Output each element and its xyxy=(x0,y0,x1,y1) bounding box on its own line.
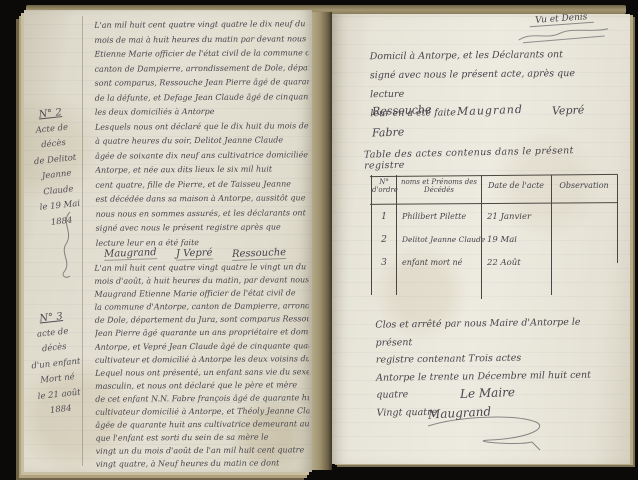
header-line: N° xyxy=(372,178,396,186)
text-line: vingt quatre, à Neuf heures du matin ce … xyxy=(96,457,310,472)
table-row-date: 19 Mai xyxy=(487,235,549,245)
signature: Ressouche xyxy=(231,247,286,261)
table-header-date: Date de l'acte xyxy=(483,181,549,190)
text-line: Lequel nous ont présenté, un enfant sans… xyxy=(95,365,309,380)
table-row-name: enfant mort né xyxy=(402,258,480,267)
table-column-divider xyxy=(551,175,552,295)
header-line: noms et Prénoms des xyxy=(398,178,480,186)
table-row-number: 2 xyxy=(372,235,396,245)
header-line: Décédés xyxy=(398,186,480,194)
table-header-names: noms et Prénoms des Décédés xyxy=(398,178,480,194)
signature: J Vepré xyxy=(176,247,213,260)
text-line: signé avec nous le présent acte, après q… xyxy=(370,64,600,104)
text-line: les deux domiciliés à Antorpe xyxy=(95,104,309,120)
text-line: canton de Dampierre, arrondissement de D… xyxy=(94,61,308,77)
text-line: Etienne Marie officier de l'état civil d… xyxy=(94,46,308,62)
signature: Maugrand xyxy=(457,103,523,118)
text-line: Jean Pierre âgé quarante un ans propriét… xyxy=(95,326,309,341)
act-2-signatures: Maugrand J Vepré Ressouche xyxy=(104,248,304,260)
text-line: Clos et arrêté par nous Maire d'Antorpe … xyxy=(375,313,615,351)
table-row-name: Philibert Pilette xyxy=(402,212,480,221)
table-header-order: N° d'ordre xyxy=(372,178,396,194)
mayor-title: Le Maire xyxy=(460,385,515,401)
text-line: à quatre heures du soir, Delitot Jeanne … xyxy=(95,133,309,149)
text-line: de la défunte, et Defage Jean Claude âgé… xyxy=(95,90,309,106)
margin-note-act-2: N° 2 Acte de décès de Delitot Jeanne Cla… xyxy=(22,103,91,232)
text-line: mois de mai à huit heures du matin par d… xyxy=(94,32,308,48)
signature: Maugrand xyxy=(104,247,157,261)
signature: Ressouche xyxy=(372,103,432,118)
margin-note-act-3: N° 3 acte de décès d'un enfant Mort né l… xyxy=(22,307,89,421)
text-line: cent quatre, fille de Pierre, et de Tais… xyxy=(95,177,309,193)
table-row-name: Delitot Jeanne Claude xyxy=(402,235,480,244)
corner-annotation: Vu et Denis xyxy=(505,10,619,47)
register-closure-text: Clos et arrêté par nous Maire d'Antorpe … xyxy=(375,313,616,421)
text-line: nous nous en sommes assurés, et les décl… xyxy=(96,206,310,222)
book-gutter xyxy=(312,12,332,470)
table-title: Table des actes contenus dans le présent… xyxy=(364,144,614,171)
margin-flourish xyxy=(58,210,76,280)
text-line: âgée de soixante dix neuf ans cultivatri… xyxy=(95,148,309,164)
death-act-3-text: L'an mil huit cent quatre vingt quatre l… xyxy=(94,260,309,471)
signature-flourish xyxy=(420,412,550,454)
signature: Vepré xyxy=(552,103,585,117)
text-line: cultivateur et domicilié à Antorpe les d… xyxy=(95,352,309,367)
header-line: d'ordre xyxy=(372,186,396,194)
signature-fabre: Fabre xyxy=(372,125,405,139)
table-header-divider xyxy=(370,202,618,205)
table-header-observation: Observation xyxy=(553,181,615,190)
table-row-date: 22 Août xyxy=(487,258,549,268)
text-line: signé avec nous le présent registre aprè… xyxy=(96,220,310,236)
text-line: Lesquels nous ont déclaré que le dix hui… xyxy=(95,119,309,135)
table-row-number: 3 xyxy=(372,258,396,268)
text-line: âgée de quarante huit ans cultivatrice d… xyxy=(95,417,309,432)
text-line: Antorpe, et née aux dits lieux le six mi… xyxy=(95,162,309,178)
corner-signature-flourish xyxy=(512,24,613,47)
table-row-number: 1 xyxy=(372,212,396,222)
death-act-2-text: L'an mil huit cent quatre vingt quatre l… xyxy=(94,17,310,250)
text-line: sont comparus, Ressouche Jean Pierre âgé… xyxy=(95,75,309,91)
table-top-border xyxy=(370,174,618,177)
table-right-border xyxy=(617,175,618,263)
text-line: L'an mil huit cent quatre vingt quatre l… xyxy=(94,17,308,33)
table-row-date: 21 Janvier xyxy=(487,212,549,222)
text-line: est décédée dans sa maison à Antorpe, au… xyxy=(95,191,309,207)
text-line: Domicil à Antorpe, et les Déclarants ont xyxy=(370,45,600,66)
scanned-register-spread: N° 2 Acte de décès de Delitot Jeanne Cla… xyxy=(0,0,638,480)
left-page: N° 2 Acte de décès de Delitot Jeanne Cla… xyxy=(24,10,312,472)
text-line: Antorpe, et Vepré Jean Claude âgé de cin… xyxy=(95,339,309,354)
signatures-row: Ressouche Maugrand Vepré xyxy=(372,104,602,117)
right-page: Vu et Denis Domicil à Antorpe, et les Dé… xyxy=(332,14,630,464)
